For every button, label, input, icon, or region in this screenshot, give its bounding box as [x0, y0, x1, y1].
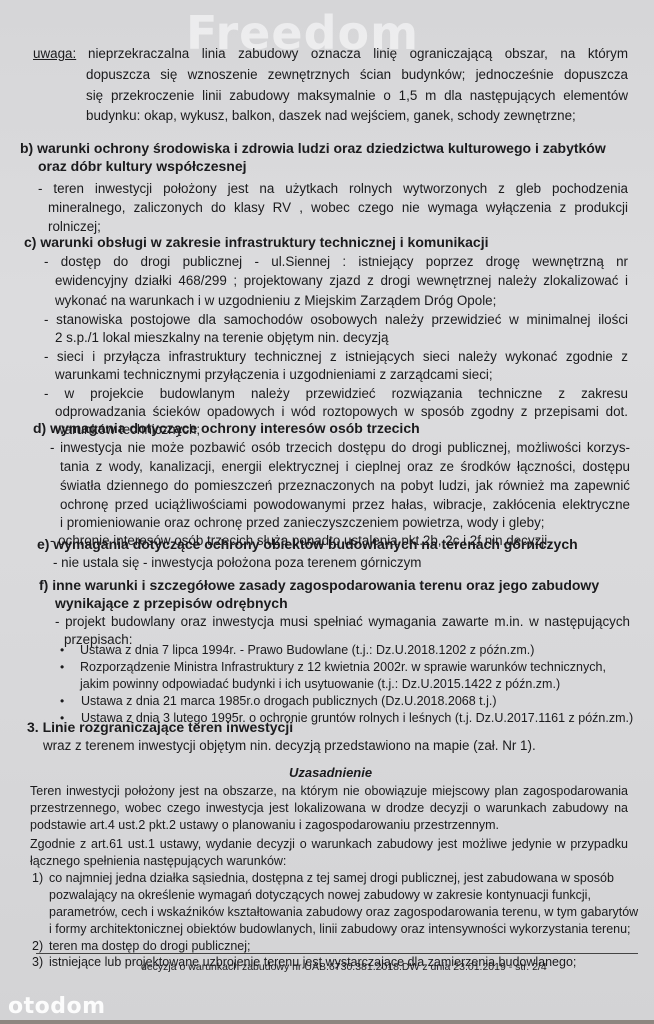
justification-line: Teren inwestycji położony jest na obszar… — [30, 783, 628, 801]
justification-title: Uzasadnienie — [289, 764, 372, 782]
section-c-line: - sieci i przyłącza infrastruktury techn… — [44, 348, 628, 366]
section-c-line: - stanowiska postojowe dla samochodów os… — [44, 311, 628, 329]
section-3-heading: 3. Linie rozgraniczające teren inwestycj… — [27, 719, 293, 737]
section-c-heading: c) warunki obsługi w zakresie infrastruk… — [24, 234, 488, 252]
section-d-line: i promieniowanie oraz ochronę przed zani… — [60, 514, 545, 532]
uwaga-line: budynku: okap, wykusz, balkon, daszek na… — [86, 107, 576, 125]
section-e-heading: e) wymagania dotyczące ochrony obiektów … — [37, 536, 578, 554]
section-c-line: warunkami technicznymi przyłączenia i uz… — [55, 366, 493, 384]
bullet-icon: • — [60, 694, 64, 708]
uwaga-line: dopuszcza się wznoszenie zewnętrznych śc… — [86, 66, 628, 84]
section-c-line: ewidencyjny działki 468/299 ; projektowa… — [55, 272, 628, 290]
regulation-item: Ustawa z dnia 21 marca 1985r.o drogach p… — [81, 693, 497, 711]
section-b-line: rolniczej; — [48, 218, 101, 236]
regulation-item: Rozporządzenie Ministra Infrastruktury z… — [80, 659, 606, 677]
condition-line: pozwalający na określenie wymagań dotycz… — [49, 887, 591, 905]
section-c-line: odprowadzania ścieków opadowych i wód ro… — [55, 403, 628, 421]
section-c-line: 2 s.p./1 lokal mieszkalny na terenie obj… — [55, 329, 388, 347]
section-f-heading: f) inne warunki i szczegółowe zasady zag… — [39, 577, 599, 595]
otodom-watermark: otodom — [8, 994, 106, 1019]
justification-line: Zgodnie z art.61 ust.1 ustawy, wydanie d… — [30, 836, 628, 854]
section-b-line: mineralnego, zaliczonych do klasy RV , w… — [48, 199, 628, 217]
section-c-line: - dostęp do drogi publicznej - ul.Sienne… — [44, 253, 628, 271]
section-d-line: ochronę przed uciążliwościami powodowany… — [60, 496, 630, 514]
uwaga-label: uwaga: — [33, 45, 76, 63]
section-e-line: - nie ustala się - inwestycja położona p… — [53, 554, 421, 572]
justification-line: przestrzennego, wobec czego inwestycja j… — [30, 800, 628, 818]
section-b-line: - teren inwestycji położony jest na użyt… — [38, 180, 628, 198]
condition-line: i formy architektonicznej obiektów budow… — [49, 921, 631, 939]
justification-line: podstawie art.4 ust.2 pkt.2 ustawy o pla… — [30, 817, 499, 835]
section-f-line: - projekt budowlany oraz inwestycja musi… — [55, 613, 630, 631]
condition-line: parametrów, cech i wskaźników kształtowa… — [49, 904, 638, 922]
regulation-item: Ustawa z dnia 7 lipca 1994r. - Prawo Bud… — [80, 642, 534, 660]
section-b-heading: b) warunki ochrony środowiska i zdrowia … — [20, 140, 606, 158]
condition-line: co najmniej jedna działka sąsiednia, dos… — [49, 870, 614, 888]
section-d-line: światła dziennego do pomieszczeń przezna… — [60, 477, 630, 495]
uwaga-line: nieprzekraczalna linia zabudowy oznacza … — [88, 45, 628, 63]
page-footer: decyzja o warunkach zabudowy nr UAB.6730… — [141, 959, 547, 977]
section-c-line: - w projekcie budowlanym należy przewidz… — [44, 385, 628, 403]
section-c-line: wykonać na warunkach i w uzgodnieniu z M… — [55, 292, 496, 310]
section-d-line: - inwestycja nie może pozbawić osób trze… — [50, 439, 630, 457]
section-b-heading: oraz dóbr kultury współczesnej — [38, 158, 247, 176]
section-d-line: tania z wody, kanalizacji, energii elekt… — [60, 458, 630, 476]
justification-line: łącznego spełnienia następujących warunk… — [30, 853, 286, 871]
section-d-heading: d) wymagania dotyczące ochrony interesów… — [33, 420, 420, 438]
document-page: Freedom uwaga: nieprzekraczalna linia za… — [0, 0, 654, 1024]
section-3-line: wraz z terenem inwestycji objętym nin. d… — [43, 737, 536, 755]
footer-divider — [36, 953, 638, 954]
condition-number: 3) — [32, 954, 43, 972]
section-f-heading: wynikające z przepisów odrębnych — [55, 595, 288, 613]
bullet-icon: • — [60, 643, 64, 657]
photo-edge — [0, 1020, 654, 1024]
condition-number: 1) — [32, 870, 43, 888]
bullet-icon: • — [60, 660, 64, 674]
uwaga-line: się przekroczenie linii zabudowy maksyma… — [86, 87, 628, 105]
regulation-item: jakim powinny odpowiadać budynki i ich u… — [80, 676, 560, 694]
